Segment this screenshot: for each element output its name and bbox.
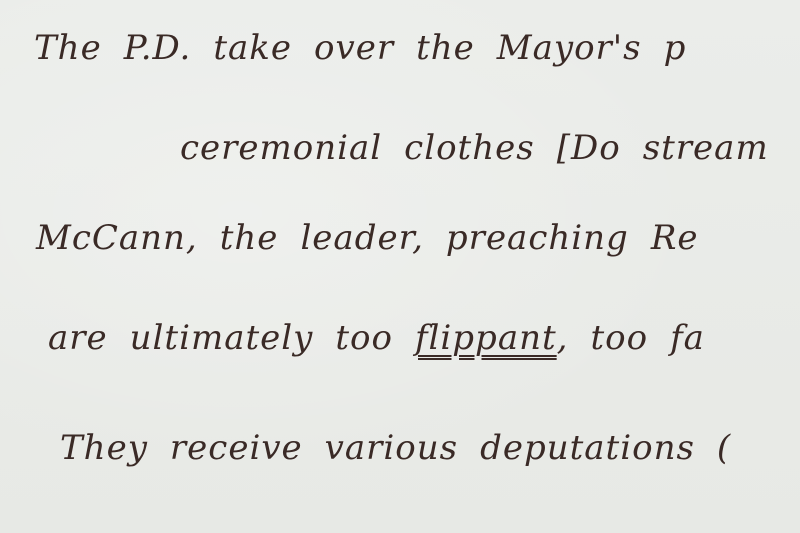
word: various [325, 428, 458, 468]
underlined-word: flippant [415, 318, 557, 358]
word: P.D. [124, 28, 192, 68]
word: the [416, 28, 475, 68]
word: take [213, 28, 292, 68]
word: deputations [480, 428, 695, 468]
word: too [335, 318, 393, 358]
word: The [34, 28, 102, 68]
word: receive [170, 428, 303, 468]
word: clothes [404, 128, 535, 168]
word: Re [651, 218, 699, 258]
manuscript-line-2: ceremonialclothes[Dostream [180, 128, 791, 168]
word: [Do [557, 128, 621, 168]
manuscript-page: TheP.D.takeovertheMayor'sp ceremonialclo… [0, 0, 800, 533]
word: ultimately [130, 318, 314, 358]
word: ( [717, 428, 731, 468]
word: fa [670, 318, 705, 358]
word: leader, [300, 218, 423, 258]
manuscript-line-5: Theyreceivevariousdeputations( [60, 428, 753, 468]
manuscript-line-3: McCann,theleader,preachingRe [36, 218, 721, 258]
manuscript-line-1: TheP.D.takeovertheMayor'sp [34, 28, 708, 68]
word: Mayor's [497, 28, 642, 68]
word: too [590, 318, 648, 358]
word: , [557, 318, 569, 358]
word: p [664, 28, 687, 68]
word: the [220, 218, 279, 258]
manuscript-line-4: areultimatelytooflippant,toofa [48, 318, 727, 358]
word: McCann, [36, 218, 198, 258]
word: are [48, 318, 108, 358]
word: over [314, 28, 394, 68]
word: preaching [446, 218, 629, 258]
word: They [60, 428, 148, 468]
word: ceremonial [180, 128, 382, 168]
word: stream [643, 128, 769, 168]
